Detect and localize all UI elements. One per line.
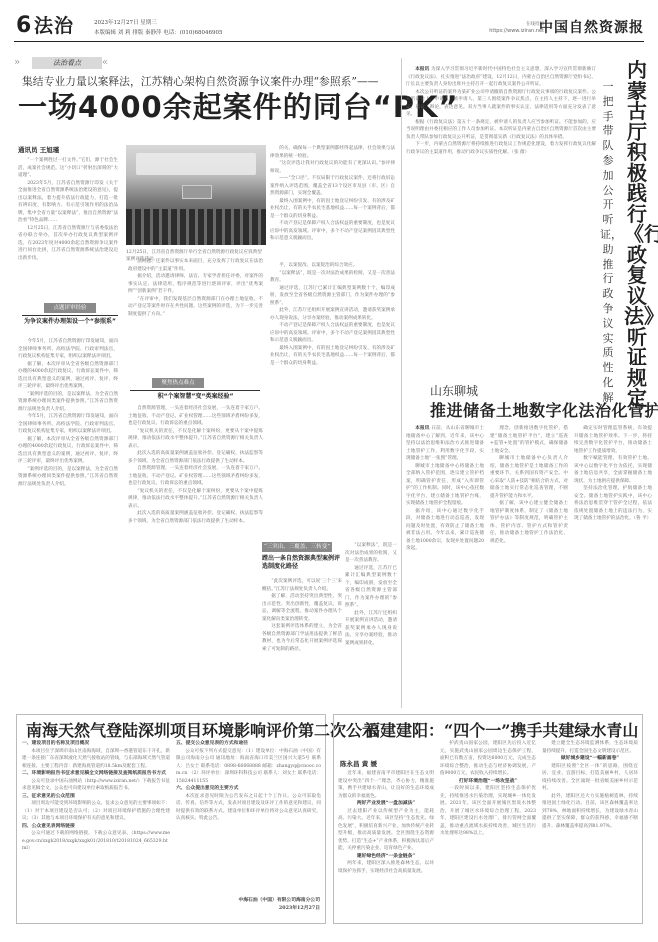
double-chevron-left-icon: « — [102, 56, 108, 70]
lead-byline: 通讯员 王旭瑾 — [18, 145, 59, 154]
photo-audience — [126, 209, 266, 245]
imongolia-body: 本报讯 为深入学习贯彻习近平新时代中国特色社会主义思想，深入学习宣传贯彻新修订《… — [406, 66, 596, 366]
editor-line: 本版编辑 刘 莉 排版 秦静萍 电话：(010)68046905 — [94, 28, 223, 36]
fujian-byline: 陈永昌 黄 媛 — [340, 759, 377, 768]
page-masthead: 6 法治 2023年12月27日 星期三 本版编辑 刘 莉 排版 秦静萍 电话：… — [14, 14, 644, 42]
paragraph: “这次评选让我对行政复议的功能有了更深认识。”参评律师说。 — [270, 160, 395, 175]
photo-stage-screen — [182, 185, 212, 199]
paragraph: 公众可按下列方式提交意见：（1）建设单位：中海石油（中国）有限公司海南分公司 通… — [176, 748, 321, 786]
paragraph: 据介绍，活动邀请律师、法官、专家学者担任评委，对案件的事实认定、法律适用、程序规… — [128, 273, 263, 296]
notice-date: 2023年12月27日 — [176, 904, 320, 912]
paragraph: 2023年5月，江苏省自然资源厅印发《关于全面推进全省自然资源系统法治建设的意见… — [18, 180, 118, 225]
shandong-column-2: 理念，创新推进数字化管护，搭建“储备土地管护平台”，建立“巡查+监管+处置”的管… — [490, 425, 568, 708]
paragraph: “以案释法”，既是一次对法治成果的检阅，又是一次普法教育。 — [345, 542, 397, 565]
lead-column-4b: “以案释法”，既是一次对法治成果的检阅，又是一次普法教育。 通过评选，江苏厅已累… — [345, 542, 397, 708]
shandong-column-3: 确定实时管理监管系统，有效提升储备土地管护效率。下一步，将持续完善数字化管护平台… — [574, 425, 652, 708]
lead-column-3-cont: 平，以案促改、以案促治的综合效应。 “以案释法”，既是一次对法治成果的检阅，又是… — [270, 262, 395, 542]
paragraph: 此次入选的高质量案例涵盖征收补偿、登记确权、执法监察等多个领域，为全省自然资源部… — [128, 450, 263, 465]
shandong-kicker: 山东聊城 — [430, 382, 478, 399]
meeting-hall-photo — [126, 145, 266, 245]
paragraph: 近年来，福建省南平市建阳区在生态文明建设中突出“四个一”理念，齐心协力，精准施策… — [338, 770, 434, 800]
online-submission-url[interactable]: https://www.iziran.net — [489, 28, 544, 34]
lead-column-2: 法问题、还案件以事实本来面目，充分发挥了行政复议在法治政府建设中的“主渠道”作用… — [128, 258, 263, 378]
notice-column-2: 五、提交公众意见表的方式和途径 公众可按下列方式提交意见：（1）建设单位：中海石… — [176, 740, 321, 890]
paragraph: 通过评选，江苏厅已累计汇编典型案例数十个，编印成册，发放至全省各级自然资源主管部… — [345, 565, 397, 610]
paragraph: 据了解，本次评审从全省各级自然资源部门办理的4000余起行政复议、行政诉讼案件中… — [18, 436, 118, 466]
paragraph: 今年5月，江苏省自然资源厅印发通知，面向全国律师事务所、高校法学院、行政审判法官… — [18, 338, 118, 361]
photo-ceiling-lights — [136, 153, 256, 175]
divider — [22, 315, 118, 316]
shandong-column-1: 本报讯 日前，从山东省聊城市土地储备中心了解到，近年来，该中心坚持以法治思维和法… — [406, 425, 484, 708]
notice-company: 中海石油（中国）有限公司海南分公司 — [176, 896, 320, 904]
paragraph: 确定实时管理监管系统，有效提升储备土地管护效率。下一步，将持续完善数字化管护平台… — [574, 425, 652, 455]
fujian-subhead-4: 做好城乡建设“一幅新画卷” — [542, 755, 638, 763]
double-chevron-right-icon: » — [14, 56, 20, 70]
notice-signature: 中海石油（中国）有限公司海南分公司 2023年12月27日 — [176, 896, 320, 912]
fujian-subhead-2: 建好绿色经济“一条金链条” — [338, 853, 434, 861]
paragraph: 的关，确保每一个典型案例都经得起法律、社会效果与法律效果的统一检验。 — [270, 145, 395, 160]
paragraph: 此外，建阳区还大力实施植树造林，持续推进国土绿化行动。目前，该区森林覆盖率达到7… — [542, 793, 638, 831]
paragraph: 这套案例评选体系的建立，为全省各级自然资源部门学法用法提供了鲜活教材，也为今后常… — [262, 623, 342, 653]
notice-section-head: 二、环境影响报告书征求意见稿全文网络链接及查阅纸质报告书方式 — [22, 770, 170, 778]
fujian-subhead-3: 打好环境治理“一场攻坚战” — [440, 778, 536, 786]
page-number: 6 — [16, 14, 31, 38]
paragraph: “案例评选的目的，是以案释法，为全省自然资源系统办理同类案件提供参照。”江苏省自… — [18, 391, 118, 414]
notice-section-head: 五、提交公众意见表的方式和途径 — [176, 740, 321, 748]
paragraph: 法问题、还案件以事实本来面目，充分发挥了行政复议在法治政府建设中的“主渠道”作用… — [128, 258, 263, 273]
fujian-column-3: 建立健全生态环境监测体系，生态环境质量持续提升，打造全国生态文明建设示范区。 做… — [542, 740, 638, 920]
paragraph: 公众可登录中国石油网站（http://www.iziran.net/）下载报告书… — [22, 778, 170, 793]
paragraph: 今年5月，江苏省自然资源厅印发通知，面向全国律师事务所、高校法学院、行政审判法官… — [18, 413, 118, 436]
paragraph: “以案释法”，既是一次对法治成果的检阅，又是一次普法教育。 — [270, 270, 395, 285]
paragraph: 自然资源管理，一头连着经济社会发展，一头连着千家万户。土地征收、不动产登记、矿业… — [128, 465, 263, 488]
section-box-2: 聚焦热点难点 — [152, 378, 204, 388]
fujian-headline[interactable]: 福建建阳：“四个一”携手共建绿水青山 — [364, 718, 638, 741]
notice-section-head: 一、建设项目的名称及项目概况 — [22, 740, 170, 748]
paragraph: 两年来，建阳区深入推进森林生态，以环境保护为抓手，实现经济社会高质量发展。 — [338, 860, 434, 875]
notice-section-head: 三、征求意见的公众范围 — [22, 793, 170, 801]
notice-section-head: 六、公众提出意见的主要方式 — [176, 785, 321, 793]
paragraph: 此外，江苏厅还组织开展案例宣讲活动，邀请获奖案例承办人现身说法，分享办案经验，推… — [270, 307, 395, 322]
section-box-3: “三突出、三覆盖、三转变” — [262, 542, 332, 552]
paragraph: 本次公开听证的案件为某矿业公司申请撤销自然资源厅行政复议事项的行政复议案件。公开… — [406, 89, 596, 119]
lead-column-1: “一个案例胜过一打文件。”它们，源于社会生活，成案社会规范。这“小切口”折射出深… — [18, 157, 118, 287]
notice-column-1: 一、建设项目的名称及项目概况 本项目位于深圳市南山区南海海域，自深圳—香港管道东… — [22, 740, 170, 910]
paragraph: 本报讯 日前，从山东省聊城市土地储备中心了解到，近年来，该中心坚持以法治思维和法… — [406, 425, 484, 463]
paragraph[interactable]: 公众可通过下载的网络链接，下载公众意见表。（https://www.mee.go… — [22, 830, 170, 853]
paragraph: 平，以案促改、以案促治的综合效应。 — [270, 262, 395, 270]
lead-column-3: 的关，确保每一个典型案例都经得起法律、社会效果与法律效果的统一检验。 “这次评选… — [270, 145, 395, 260]
divider — [130, 390, 260, 391]
paragraph: 据了解，活动坚持突出典型性、突出示范性、突出创新性，覆盖复议、诉讼、调解等全流程… — [262, 593, 342, 623]
paragraph: 过去建阳产业以传统型产业为主，能耗高、污染大。近年来，该区坚持“生态优先、绿色发… — [338, 808, 434, 853]
paragraph: 护武夷山国家公园，建阳区先后投入近亿元，实施武夷山国家公园周边生态保护工程，面积… — [440, 740, 536, 778]
issue-date: 2023年12月27日 星期三 — [94, 18, 157, 26]
lead-column-1b: 今年5月，江苏省自然资源厅印发通知，面向全国律师事务所、高校法学院、行政审判法官… — [18, 338, 118, 708]
fujian-column-1: 近年来，福建省南平市建阳区在生态文明建设中突出“四个一”理念，齐心协力，精准施策… — [338, 770, 434, 920]
lead-headline[interactable]: 一场4000余起案件的同台“PK” — [18, 90, 459, 124]
paragraph: 通过评选，江苏厅已累计汇编典型案例数十个，编印成册，发放至全省各级自然资源主管部… — [270, 285, 395, 308]
paragraph: 理念，创新推进数字化管护，搭建“储备土地管护平台”，建立“巡查+监管+处置”的管… — [490, 425, 568, 455]
paragraph: 根据《行政复议法》第五十一条规定，被申请人的负责人应当参加听证。不能参加的，应当… — [406, 119, 596, 142]
paragraph: 自然资源管理，一头连着经济社会发展，一头连着千家万户。土地征收、不动产登记、矿业… — [128, 405, 263, 428]
section-box-1: 点题评审经验 — [44, 303, 96, 313]
paragraph: ——“全口径”。不仅局限于行政复议案件，还将行政诉讼案件纳入评选范围，覆盖全省1… — [270, 175, 395, 198]
paragraph: 建阳区按照“全区一体”的思路，围绕宜居、宜业、宜游目标，打造美丽乡村，人居环境持… — [542, 763, 638, 793]
paragraph: “在评审中，我们发现基层自然资源部门在办理土地征收、不动产登记等案件时存在共性问… — [128, 296, 263, 319]
section-head-2: 积“个案智慧”变“类案经验” — [128, 393, 263, 401]
paragraph: 建立健全生态环境监测体系，生态环境质量持续提升，打造全国生态文明建设示范区。 — [542, 740, 638, 755]
column-tag-label: 法治看点 — [32, 57, 102, 69]
paragraph: 此次入选的高质量案例涵盖征收补偿、登记确权、执法监察等多个领域，为全省自然资源部… — [128, 510, 263, 525]
paragraph: 本项目位于深圳市南山区南海海域，自深圳—香港管道东干开孔，新建一条连接广东省深圳… — [22, 748, 170, 771]
notice-title: 南海天然气登陆深圳项目环境影响评价第二次公示 — [26, 718, 378, 741]
column-tag: » 法治看点 « — [14, 56, 110, 70]
paragraph: 据了解，本次评审从全省各级自然资源部门办理的4000余起行政复议、行政诉讼案件中… — [18, 361, 118, 391]
fujian-subhead-1: 两好产业发展“一盘加减法” — [338, 800, 434, 808]
imongolia-subtitle: 一把手带队参加公开听证，助推行政争议实质性化解 — [600, 80, 616, 406]
paragraph: 数字赋能管理，有效管护土地。该中心以数字化平台为依托，实现储备土地信息共享，全面… — [574, 455, 652, 485]
paragraph: 坚持法治化管理，护航储备土地安全。储备土地管护实践中，该中心将法治思维贯穿于管护… — [574, 485, 652, 523]
lead-column-3b: “此次案例评选，可以说‘三个三’来概括。”江苏厅法规处负责人介绍。 据了解，活动… — [262, 578, 342, 708]
paragraph: “复议机关的责任，不仅是化解个案纠纷，更要从个案中提炼规律，推动依法行政水平整体… — [128, 488, 263, 511]
newspaper-name: 中国自然资源报 — [539, 17, 644, 37]
column-divider — [401, 58, 402, 708]
lead-label: 本报讯 — [415, 67, 429, 72]
paragraph: “一个案例胜过一打文件。”它们，源于社会生活，成案社会规范。这“小切口”折射出深… — [18, 157, 118, 180]
section-head-1: 为争议案件办理架设一个“参照系” — [18, 318, 122, 326]
paragraph: 不动产登记是保障产权人合法权益的重要制度，也是复议应诉中的高发领域。评审中，多个… — [270, 220, 395, 243]
paragraph: 此外，江苏厅还组织开展案例宣讲活动，邀请获奖案例承办人现身说法，分享办案经验，推… — [345, 610, 397, 648]
paragraph: 项目周边可能受到环境影响的公众。征求公众意见的主要事项如下：（1）对于本项目建设… — [22, 800, 170, 823]
paragraph: 本次征求意见时限为公告发布之日起十个工作日。公众可采取电话、传真、信件等方式，发… — [176, 793, 321, 823]
lead-column-2b: 自然资源管理，一头连着经济社会发展，一头连着千家万户。土地征收、不动产登记、矿业… — [128, 405, 263, 705]
paragraph: 一段时间以来，建阳区坚持生态保护优先，持续推进水污染治理，实现城乡一体化发展。2… — [440, 785, 536, 838]
paragraph: “此次案例评选，可以说‘三个三’来概括。”江苏厅法规处负责人介绍。 — [262, 578, 342, 593]
paragraph: “复议机关的责任，不仅是化解个案纠纷，更要从个案中提炼规律，推动依法行政水平整体… — [128, 428, 263, 451]
section-head-3: 蹚出一条自然资源典型案例评选制度化路径 — [262, 555, 342, 571]
paragraph: 据介绍，该中心通过数字化手段，对储备土地进行动态巡查，发现问题及时处置，有效防止… — [406, 508, 484, 553]
paragraph: 聊城市土地储备中心将储备土地全部纳入管护范围，逐宗建立管护档案，明确管护责任，形… — [406, 463, 484, 508]
lead-subtitle: 集结专业力量以案释法，江苏精心架构自然资源争议案件办理“参照系”—— — [22, 74, 379, 89]
paragraph: 最终入围案例中，有的因土地登记纠纷引发、有的涉及矿业权出让，有的关乎农民宅基地权… — [270, 198, 395, 221]
paragraph: 下一步，内蒙古自然资源厅将持续推进行政复议工作规范化建设，着力发挥行政复议化解行… — [406, 141, 596, 156]
paragraph: 12月25日，江苏省自然资源厅与省委依法治省办联合举办，首次举办行政复议典型案例… — [18, 225, 118, 263]
paragraph: 聊城市土地储备中心负责人介绍，储备土地管护是土地储备工作的重要环节，关系到国有资… — [490, 455, 568, 500]
shandong-headline[interactable]: 推进储备土地数字化法治化管护 — [430, 398, 658, 421]
notice-section-head: 四、公众意见表网络链接 — [22, 823, 170, 831]
fujian-column-2: 护武夷山国家公园，建阳区先后投入近亿元，实施武夷山国家公园周边生态保护工程，面积… — [440, 740, 536, 920]
section-name: 法治 — [34, 14, 74, 38]
imongolia-headline[interactable]: 内蒙古厅积极践行《行政复议法》听证规定 — [624, 60, 650, 409]
paragraph: 最终入围案例中，有的因土地登记纠纷引发、有的涉及矿业权出让，有的关乎农民宅基地权… — [270, 345, 395, 368]
paragraph: “案例评选的目的，是以案释法，为全省自然资源系统办理同类案件提供参照。”江苏省自… — [18, 466, 118, 489]
paragraph: 据了解，该中心建立健全储备土地管护制度体系，制定了《储备土地管护办法》等制度规范… — [490, 500, 568, 545]
paragraph: 本报讯 为深入学习贯彻习近平新时代中国特色社会主义思想，深入学习宣传贯彻新修订《… — [406, 66, 596, 89]
paragraph: 不动产登记是保障产权人合法权益的重要制度，也是复议应诉中的高发领域。评审中，多个… — [270, 322, 395, 345]
